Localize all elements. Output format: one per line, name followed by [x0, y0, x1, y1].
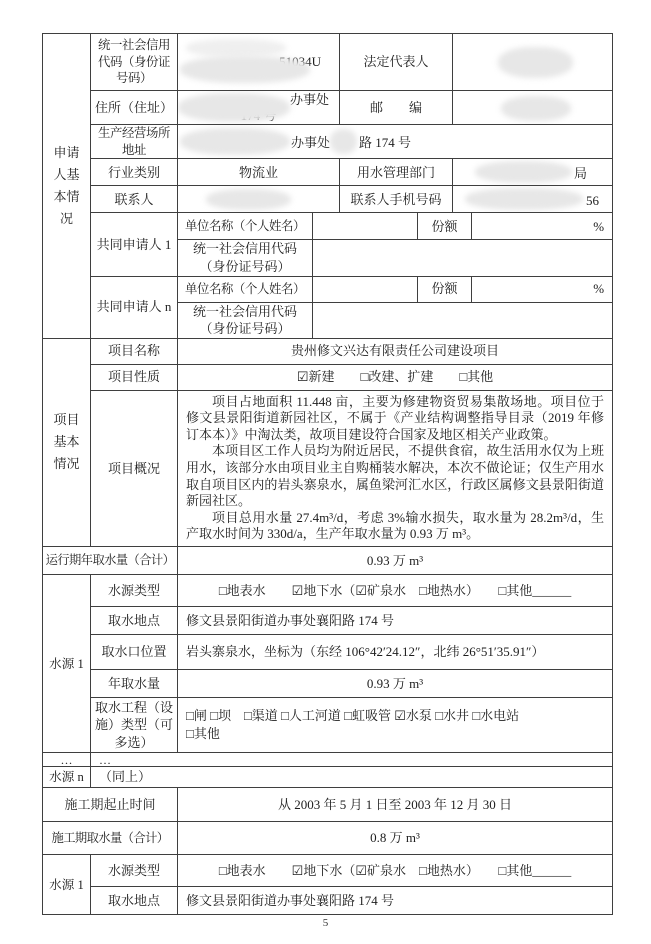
contact-label: 联系人 [91, 186, 178, 213]
source1-works-line1: □闸 □坝 □渠道 □人工河道 □虹吸管 ☑水泵 □水井 □水电站 [186, 707, 608, 725]
unit-name-label-1: 单位名称（个人姓名） [178, 213, 313, 240]
business-site-visible-2: 路 174 号 [359, 134, 411, 152]
section-applicant: 申请人基本情况 [43, 34, 91, 339]
construction-period-value: 从 2003 年 5 月 1 日至 2003 年 12 月 30 日 [178, 788, 613, 822]
share-value-1: % [472, 213, 613, 240]
business-site-value: 办事处 路 174 号 [178, 125, 613, 159]
residence-visible-1: 办事处 [290, 92, 329, 107]
section-source1-label: 水源 1 [49, 657, 84, 671]
source1-type-label: 水源类型 [91, 575, 178, 607]
section-project: 项目基本情况 [43, 338, 91, 546]
source1-works-line2: □其他 [186, 725, 608, 743]
unit-name-value-n [313, 276, 418, 302]
redaction-blur [498, 47, 573, 78]
page: 申请人基本情况 统一社会信用代码（身份证号码） 51034U 法定代表人 住所（… [0, 0, 651, 944]
project-nature-value: ☑新建 □改建、扩建 □其他 [178, 364, 613, 390]
operation-annual-intake-label: 运行期年取水量（合计） [43, 547, 178, 575]
source1-type-value: □地表水 ☑地下水（☑矿泉水 □地热水） □其他______ [178, 575, 613, 607]
source-n-value: （同上） [91, 767, 613, 788]
co-applicant-1-label: 共同申请人 1 [91, 213, 178, 276]
industry-label: 行业类别 [91, 159, 178, 186]
business-site-label: 生产经营场所地址 [91, 125, 178, 159]
source1-location-label: 取水地点 [91, 607, 178, 635]
industry-value: 物流业 [178, 159, 340, 186]
document-table: 申请人基本情况 统一社会信用代码（身份证号码） 51034U 法定代表人 住所（… [42, 33, 613, 915]
source1-intake-position-value: 岩头寨泉水，坐标为（东经 106°42′24.12″，北纬 26°51′35.9… [178, 635, 613, 670]
source1c-type-value: □地表水 ☑地下水（☑矿泉水 □地热水） □其他______ [178, 855, 613, 887]
source1-location-value: 修文县景阳街道办事处襄阳路 174 号 [178, 607, 613, 635]
section-source1-construction-label: 水源 1 [49, 878, 84, 892]
construction-intake-value: 0.8 万 m³ [178, 822, 613, 855]
redaction-blur [180, 128, 290, 155]
section-source1: 水源 1 [43, 575, 91, 753]
redaction-blur [501, 96, 571, 121]
project-name-label: 项目名称 [91, 338, 178, 364]
redaction-blur [330, 129, 357, 154]
section-project-label: 项目基本情况 [53, 409, 80, 475]
postcode-label: 邮 编 [340, 91, 453, 125]
water-admin-label: 用水管理部门 [340, 159, 453, 186]
overview-paragraph-3: 项目总用水量 27.4m³/d，考虑 3%输水损失，取水量为 28.2m³/d，… [186, 510, 604, 543]
source1-works-value: □闸 □坝 □渠道 □人工河道 □虹吸管 ☑水泵 □水井 □水电站 □其他 [178, 698, 613, 753]
source1c-type-label: 水源类型 [91, 855, 178, 887]
source-n-label: 水源 n [43, 767, 91, 788]
redaction-blur [180, 56, 310, 83]
project-overview-label: 项目概况 [91, 390, 178, 546]
ellipsis-cell-1: … [43, 753, 91, 767]
project-nature-label: 项目性质 [91, 364, 178, 390]
project-name-value: 贵州修文兴达有限责任公司建设项目 [178, 338, 613, 364]
credit-code-value: 51034U [178, 34, 340, 91]
contact-phone-label: 联系人手机号码 [340, 186, 453, 213]
co-credit-code-value-n [313, 302, 613, 338]
source1c-location-label: 取水地点 [91, 887, 178, 915]
legal-rep-label: 法定代表人 [340, 34, 453, 91]
source1-intake-position-label: 取水口位置 [91, 635, 178, 670]
contact-value [178, 186, 340, 213]
contact-phone-visible-text: 56 [586, 192, 599, 210]
business-site-visible-1: 办事处 [291, 134, 330, 152]
contact-phone-value: 56 [453, 186, 613, 213]
source1-annual-label: 年取水量 [91, 670, 178, 698]
residence-label: 住所（住址） [91, 91, 178, 125]
share-value-n: % [472, 276, 613, 302]
redaction-blur [206, 189, 291, 210]
redaction-blur [186, 39, 286, 57]
project-overview-value: 项目占地面积 11.448 亩，主要为修建物资贸易集散场地。项目位于修文县景阳街… [178, 390, 613, 546]
section-applicant-label: 申请人基本情况 [53, 142, 80, 230]
co-credit-code-label-n: 统一社会信用代码（身份证号码） [178, 302, 313, 338]
credit-code-label: 统一社会信用代码（身份证号码） [91, 34, 178, 91]
overview-paragraph-1: 项目占地面积 11.448 亩，主要为修建物资贸易集散场地。项目位于修文县景阳街… [186, 394, 604, 444]
page-number: 5 [0, 917, 651, 929]
co-credit-code-label-1: 统一社会信用代码（身份证号码） [178, 240, 313, 276]
postcode-value [453, 91, 613, 125]
redaction-blur [178, 93, 290, 122]
unit-name-label-n: 单位名称（个人姓名） [178, 276, 313, 302]
water-admin-visible-text: 局 [574, 165, 587, 183]
construction-intake-label: 施工期取水量（合计） [43, 822, 178, 855]
residence-value: 办事处 174 号 [178, 91, 340, 125]
redaction-blur [475, 161, 572, 183]
share-label-n: 份额 [418, 276, 472, 302]
unit-name-value-1 [313, 213, 418, 240]
legal-rep-value [453, 34, 613, 91]
source1c-location-value: 修文县景阳街道办事处襄阳路 174 号 [178, 887, 613, 915]
ellipsis-cell-2: … [91, 753, 613, 767]
share-label-1: 份额 [418, 213, 472, 240]
section-source1-construction: 水源 1 [43, 855, 91, 915]
source1-works-label: 取水工程（设施）类型（可多选） [91, 698, 178, 753]
overview-paragraph-2: 本项目区工作人员均为附近居民，不提供食宿，故生活用水仅为上班用水，该部分水由项目… [186, 443, 604, 509]
water-admin-value: 局 [453, 159, 613, 186]
co-applicant-n-label: 共同申请人 n [91, 276, 178, 338]
redaction-blur [465, 188, 583, 210]
operation-annual-intake-value: 0.93 万 m³ [178, 547, 613, 575]
construction-period-label: 施工期起止时间 [43, 788, 178, 822]
co-credit-code-value-1 [313, 240, 613, 276]
source1-annual-value: 0.93 万 m³ [178, 670, 613, 698]
